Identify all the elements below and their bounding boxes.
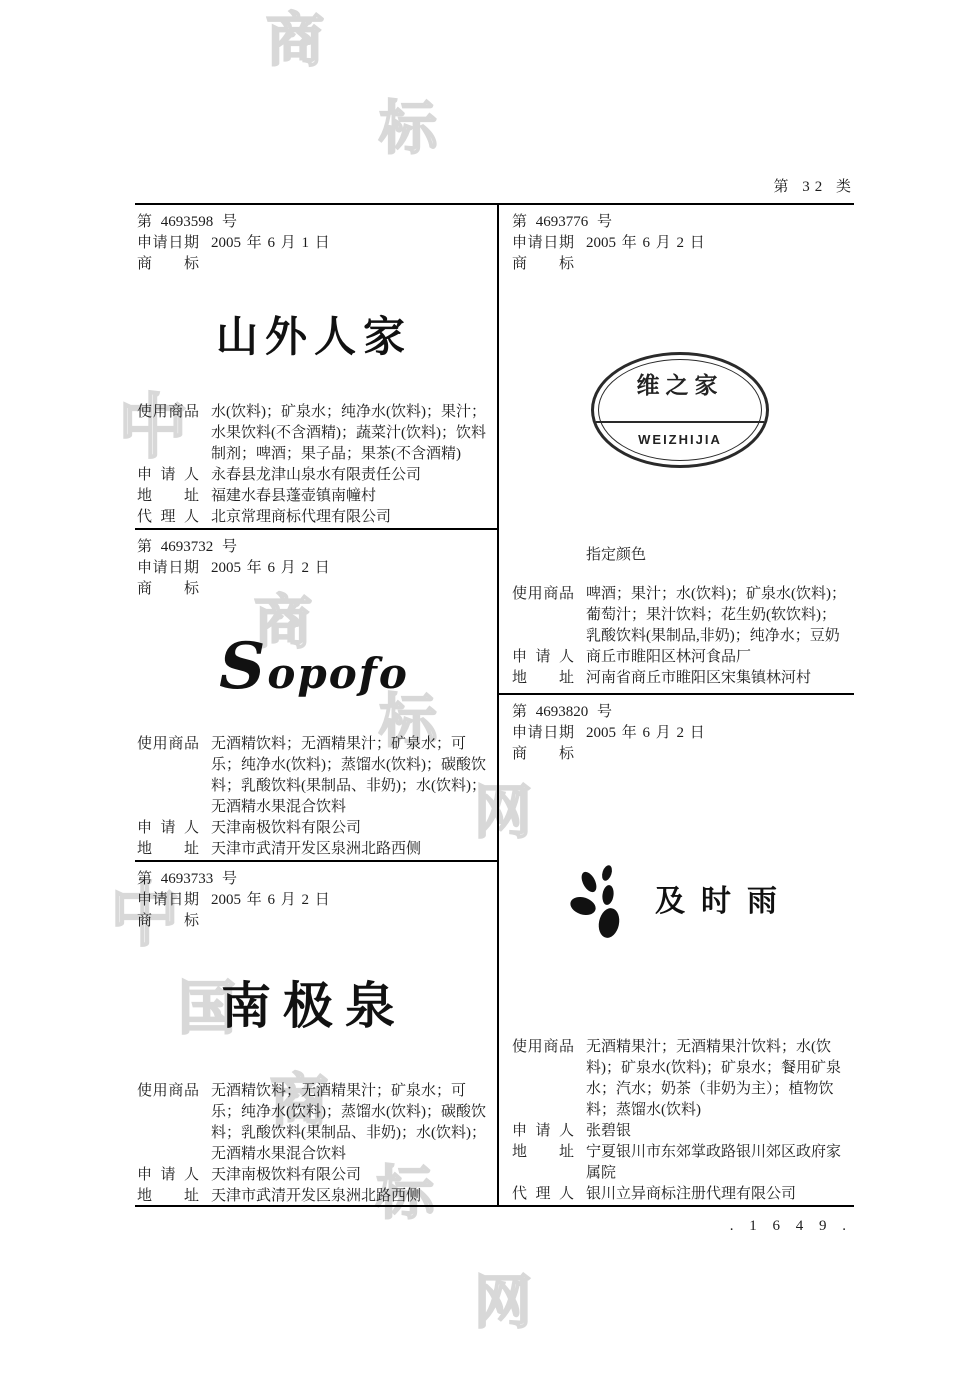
row-label: 地址 (137, 1186, 199, 1207)
trademark-image: 山外人家 (137, 275, 491, 402)
class-header: 第 32 类 (773, 177, 856, 198)
row-value: 天津市武清开发区泉洲北路西侧 (211, 839, 491, 860)
goods-row: 使用商品 无酒精果汁；无酒精果汁饮料；水(饮料)；矿泉水(饮料)；矿泉水；餐用矿… (512, 1037, 848, 1121)
oval-logo: 维之家 WEIZHIJIA (591, 352, 769, 468)
row-label: 地址 (512, 668, 574, 689)
row-label: 申请人 (137, 1165, 199, 1186)
date-value: 2005 年 6 月 2 日 (586, 233, 848, 254)
goods-row: 使用商品 啤酒；果汁；水(饮料)；矿泉水(饮料)；葡萄汁；果汁饮料；花生奶(软饮… (512, 584, 848, 647)
row-label: 地址 (137, 486, 199, 507)
goods-row: 使用商品 无酒精饮料；无酒精果汁；矿泉水；可乐；纯净水(饮料)；蒸馏水(饮料)；… (137, 734, 491, 818)
date-value: 2005 年 6 月 2 日 (586, 723, 848, 744)
mark-text: Sopofo (219, 632, 409, 702)
designated-color-note: 指定颜色 (586, 545, 848, 566)
mark-text: 及时雨 (655, 891, 793, 912)
oval-logo-divider (596, 421, 764, 423)
date-label: 申请日期 (512, 723, 574, 744)
application-date-row: 申请日期 2005 年 6 月 2 日 (512, 233, 848, 254)
goods-row: 使用商品 无酒精饮料；无酒精果汁；矿泉水；可乐；纯净水(饮料)；蒸馏水(饮料)；… (137, 1081, 491, 1165)
mark-label-row: 商标 (137, 254, 491, 275)
row-label: 代理人 (137, 507, 199, 528)
splash-icon (567, 862, 629, 940)
row-value: 永春县龙津山泉水有限责任公司 (211, 465, 491, 486)
row-label: 使用商品 (137, 734, 199, 818)
row-value: 北京常理商标代理有限公司 (211, 507, 491, 528)
row-label: 使用商品 (512, 584, 574, 647)
row-label: 申请人 (512, 647, 574, 668)
page-number: . 1 6 4 9 . (730, 1216, 852, 1237)
row-value: 无酒精饮料；无酒精果汁；矿泉水；可乐；纯净水(饮料)；蒸馏水(饮料)；碳酸饮料；… (211, 1081, 491, 1165)
address-row: 地址 宁夏银川市东郊掌政路银川郊区政府家属院 (512, 1142, 848, 1184)
application-date-row: 申请日期 2005 年 6 月 2 日 (137, 558, 491, 579)
row-value: 宁夏银川市东郊掌政路银川郊区政府家属院 (586, 1142, 848, 1184)
row-label: 地址 (512, 1142, 574, 1184)
date-label: 申请日期 (137, 890, 199, 911)
trademark-image: Sopofo (137, 600, 491, 734)
watermark-char: 网 (474, 1274, 532, 1332)
trademark-image: 及时雨 (512, 765, 848, 1037)
left-column: 第 4693598 号 申请日期 2005 年 6 月 1 日 商标 山外人家 … (135, 205, 497, 1205)
row-label: 使用商品 (137, 402, 199, 465)
applicant-row: 申请人 张碧银 (512, 1121, 848, 1142)
application-date-row: 申请日期 2005 年 6 月 1 日 (137, 233, 491, 254)
trademark-entry: 第 4693732 号 申请日期 2005 年 6 月 2 日 商标 Sopof… (135, 530, 497, 862)
registration-number: 第 4693598 号 (137, 212, 491, 233)
row-label: 使用商品 (137, 1081, 199, 1165)
row-value: 天津市武清开发区泉洲北路西侧 (211, 1186, 491, 1207)
mark-text: 山外人家 (216, 315, 412, 361)
watermark-char: 标 (379, 100, 437, 158)
entries-grid: 第 4693598 号 申请日期 2005 年 6 月 1 日 商标 山外人家 … (135, 203, 854, 1207)
mark-text-pinyin: WEIZHIJIA (594, 429, 766, 450)
row-value: 福建水春县蓬壶镇南幢村 (211, 486, 491, 507)
row-label: 申请人 (137, 818, 199, 839)
applicant-row: 申请人 商丘市睢阳区林河食品厂 (512, 647, 848, 668)
address-row: 地址 福建水春县蓬壶镇南幢村 (137, 486, 491, 507)
row-value: 无酒精饮料；无酒精果汁；矿泉水；可乐；纯净水(饮料)；蒸馏水(饮料)；碳酸饮料；… (211, 734, 491, 818)
row-label: 申请人 (512, 1121, 574, 1142)
applicant-row: 申请人 永春县龙津山泉水有限责任公司 (137, 465, 491, 486)
row-value: 无酒精果汁；无酒精果汁饮料；水(饮料)；矿泉水(饮料)；矿泉水；餐用矿泉水；汽水… (586, 1037, 848, 1121)
gazette-page: 商 标 中 商 标 网 中 国 商 标 网 第 32 类 . 1 6 4 9 .… (0, 0, 980, 1400)
row-label: 代理人 (512, 1184, 574, 1205)
row-value: 天津南极饮料有限公司 (211, 818, 491, 839)
applicant-row: 申请人 天津南极饮料有限公司 (137, 818, 491, 839)
trademark-entry: 第 4693820 号 申请日期 2005 年 6 月 2 日 商标 (499, 695, 854, 1209)
right-column: 第 4693776 号 申请日期 2005 年 6 月 2 日 商标 维之家 W… (497, 205, 854, 1205)
row-value: 河南省商丘市睢阳区宋集镇林河村 (586, 668, 848, 689)
row-value: 商丘市睢阳区林河食品厂 (586, 647, 848, 668)
mark-label-row: 商标 (137, 911, 491, 932)
trademark-entry: 第 4693733 号 申请日期 2005 年 6 月 2 日 商标 南极泉 使… (135, 862, 497, 1209)
date-value: 2005 年 6 月 2 日 (211, 558, 491, 579)
date-label: 申请日期 (137, 233, 199, 254)
trademark-entry: 第 4693776 号 申请日期 2005 年 6 月 2 日 商标 维之家 W… (499, 205, 854, 695)
watermark-char: 商 (266, 12, 324, 70)
mark-label-row: 商标 (512, 744, 848, 765)
registration-number: 第 4693732 号 (137, 537, 491, 558)
address-row: 地址 天津市武清开发区泉洲北路西侧 (137, 839, 491, 860)
registration-number: 第 4693820 号 (512, 702, 848, 723)
row-value: 张碧银 (586, 1121, 848, 1142)
date-value: 2005 年 6 月 2 日 (211, 890, 491, 911)
date-value: 2005 年 6 月 1 日 (211, 233, 491, 254)
row-label: 申请人 (137, 465, 199, 486)
agent-row: 代理人 银川立异商标注册代理有限公司 (512, 1184, 848, 1205)
registration-number: 第 4693776 号 (512, 212, 848, 233)
agent-row: 代理人 北京常理商标代理有限公司 (137, 507, 491, 528)
mark-label: 商标 (512, 254, 574, 275)
address-row: 地址 河南省商丘市睢阳区宋集镇林河村 (512, 668, 848, 689)
application-date-row: 申请日期 2005 年 6 月 2 日 (512, 723, 848, 744)
mark-label-row: 商标 (512, 254, 848, 275)
mark-label: 商标 (137, 911, 199, 932)
applicant-row: 申请人 天津南极饮料有限公司 (137, 1165, 491, 1186)
mark-label: 商标 (137, 254, 199, 275)
trademark-entry: 第 4693598 号 申请日期 2005 年 6 月 1 日 商标 山外人家 … (135, 205, 497, 530)
mark-text-cn: 维之家 (594, 375, 766, 396)
mark-label: 商标 (512, 744, 574, 765)
row-label: 地址 (137, 839, 199, 860)
trademark-image: 维之家 WEIZHIJIA (512, 275, 848, 545)
goods-row: 使用商品 水(饮料)；矿泉水；纯净水(饮料)；果汁；水果饮料(不含酒精)；蔬菜汁… (137, 402, 491, 465)
mark-text: 南极泉 (221, 979, 407, 1034)
date-label: 申请日期 (137, 558, 199, 579)
mark-label: 商标 (137, 579, 199, 600)
row-value: 水(饮料)；矿泉水；纯净水(饮料)；果汁；水果饮料(不含酒精)；蔬菜汁(饮料)；… (211, 402, 491, 465)
row-value: 银川立异商标注册代理有限公司 (586, 1184, 848, 1205)
trademark-image: 南极泉 (137, 932, 491, 1081)
address-row: 地址 天津市武清开发区泉洲北路西侧 (137, 1186, 491, 1207)
row-label: 使用商品 (512, 1037, 574, 1121)
application-date-row: 申请日期 2005 年 6 月 2 日 (137, 890, 491, 911)
date-label: 申请日期 (512, 233, 574, 254)
mark-label-row: 商标 (137, 579, 491, 600)
row-value: 啤酒；果汁；水(饮料)；矿泉水(饮料)；葡萄汁；果汁饮料；花生奶(软饮料)；乳酸… (586, 584, 848, 647)
row-value: 天津南极饮料有限公司 (211, 1165, 491, 1186)
registration-number: 第 4693733 号 (137, 869, 491, 890)
